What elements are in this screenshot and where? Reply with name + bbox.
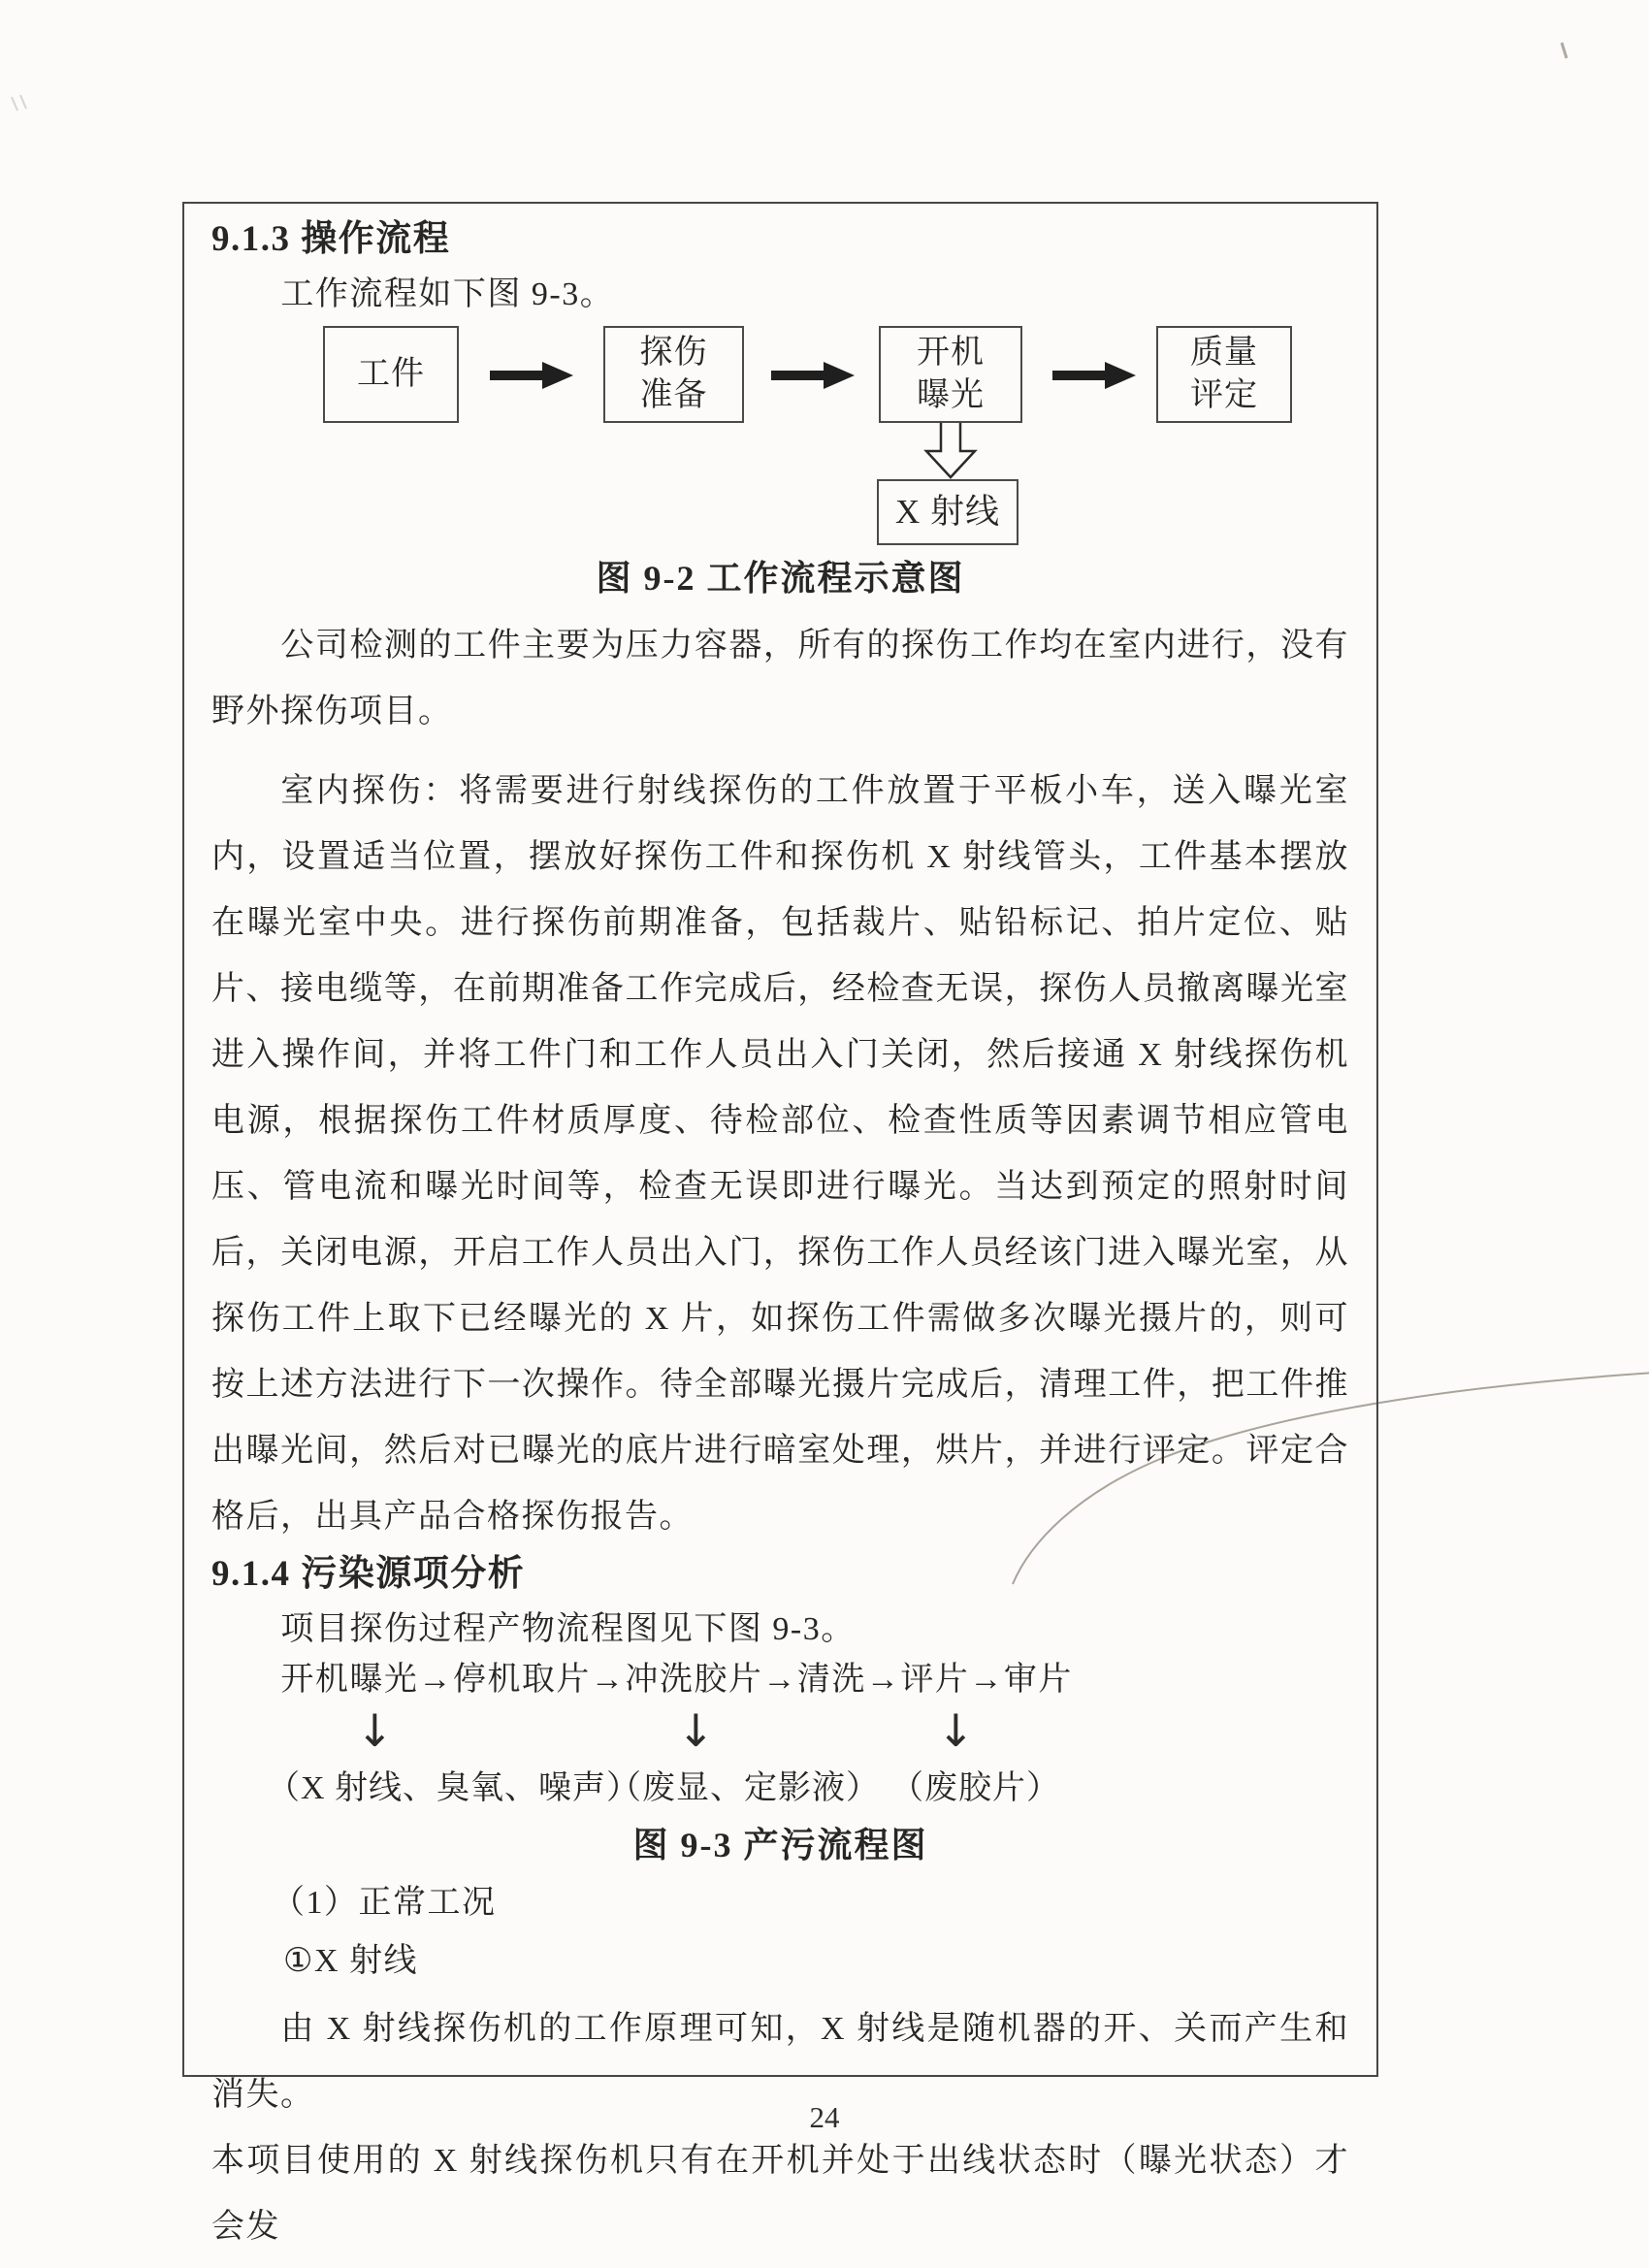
flow-box-prep-label: 探伤 准备 bbox=[640, 332, 708, 417]
figure-9-3-caption: 图 9-3 产污流程图 bbox=[211, 1824, 1349, 1866]
content-frame: 9.1.3 操作流程 工作流程如下图 9-3。 工件 探伤 准备 开机 曝光 bbox=[182, 202, 1378, 2077]
pollutant-outputs-row: （X 射线、臭氧、噪声） （废显、定影液） （废胶片） bbox=[211, 1767, 1349, 1812]
section-heading-9-1-3: 9.1.3 操作流程 bbox=[211, 217, 1349, 262]
down-arrow-icon: ↓ bbox=[937, 1705, 975, 1756]
output-waste-film: （废胶片） bbox=[890, 1767, 1060, 1810]
flow-box-quality-evaluation: 质量 评定 bbox=[1156, 326, 1292, 423]
down-arrows-row: ↓ ↓ ↓ bbox=[211, 1705, 1349, 1762]
section-heading-9-1-4: 9.1.4 污染源项分析 bbox=[211, 1552, 1349, 1597]
output-xray-ozone-noise: （X 射线、臭氧、噪声） bbox=[267, 1767, 640, 1810]
flow-box-workpiece-label: 工件 bbox=[357, 353, 425, 396]
page-number: 24 bbox=[0, 2100, 1649, 2135]
list-item-normal-condition: （1）正常工况 bbox=[211, 1882, 1349, 1925]
scan-tick-artifact bbox=[1562, 43, 1567, 58]
intro-text-9-1-3: 工作流程如下图 9-3。 bbox=[211, 275, 1349, 314]
figure-9-2-caption: 图 9-2 工作流程示意图 bbox=[211, 557, 1349, 599]
document-page: 9.1.3 操作流程 工作流程如下图 9-3。 工件 探伤 准备 开机 曝光 bbox=[0, 0, 1649, 2268]
paragraph-indoor-inspection: 室内探伤：将需要进行射线探伤的工件放置于平板小车，送入曝光室内，设置适当位置，摆… bbox=[211, 759, 1349, 1550]
hollow-arrow-down-icon bbox=[922, 423, 979, 479]
figure-9-2-flowchart: 工件 探伤 准备 开机 曝光 质量 评定 bbox=[211, 326, 1349, 545]
flow-box-power-on-exposure: 开机 曝光 bbox=[879, 326, 1022, 423]
list-item-xray: ①X 射线 bbox=[211, 1940, 1349, 1983]
flow-box-xray-label: X 射线 bbox=[895, 491, 1000, 534]
output-waste-developer-fixer: （废显、定影液） bbox=[608, 1767, 880, 1810]
flow-box-inspection-prep: 探伤 准备 bbox=[603, 326, 744, 423]
arrow-right-icon bbox=[490, 361, 573, 390]
intro-text-9-1-4: 项目探伤过程产物流程图见下图 9-3。 bbox=[211, 1610, 1349, 1649]
flow-box-quality-label: 质量 评定 bbox=[1190, 332, 1258, 417]
down-arrow-icon: ↓ bbox=[356, 1705, 394, 1756]
arrow-right-icon bbox=[771, 361, 855, 390]
arrow-right-icon bbox=[1052, 361, 1136, 390]
process-flow-line: 开机曝光→停机取片→冲洗胶片→清洗→评片→审片 bbox=[211, 1659, 1349, 1701]
paragraph-workpieces: 公司检测的工件主要为压力容器，所有的探伤工作均在室内进行，没有野外探伤项目。 bbox=[211, 613, 1349, 745]
flow-box-expose-label: 开机 曝光 bbox=[917, 332, 985, 417]
flow-box-workpiece: 工件 bbox=[323, 326, 459, 423]
down-arrow-icon: ↓ bbox=[677, 1705, 715, 1756]
scan-speck-artifact bbox=[12, 95, 26, 111]
flow-box-xray: X 射线 bbox=[877, 479, 1018, 545]
